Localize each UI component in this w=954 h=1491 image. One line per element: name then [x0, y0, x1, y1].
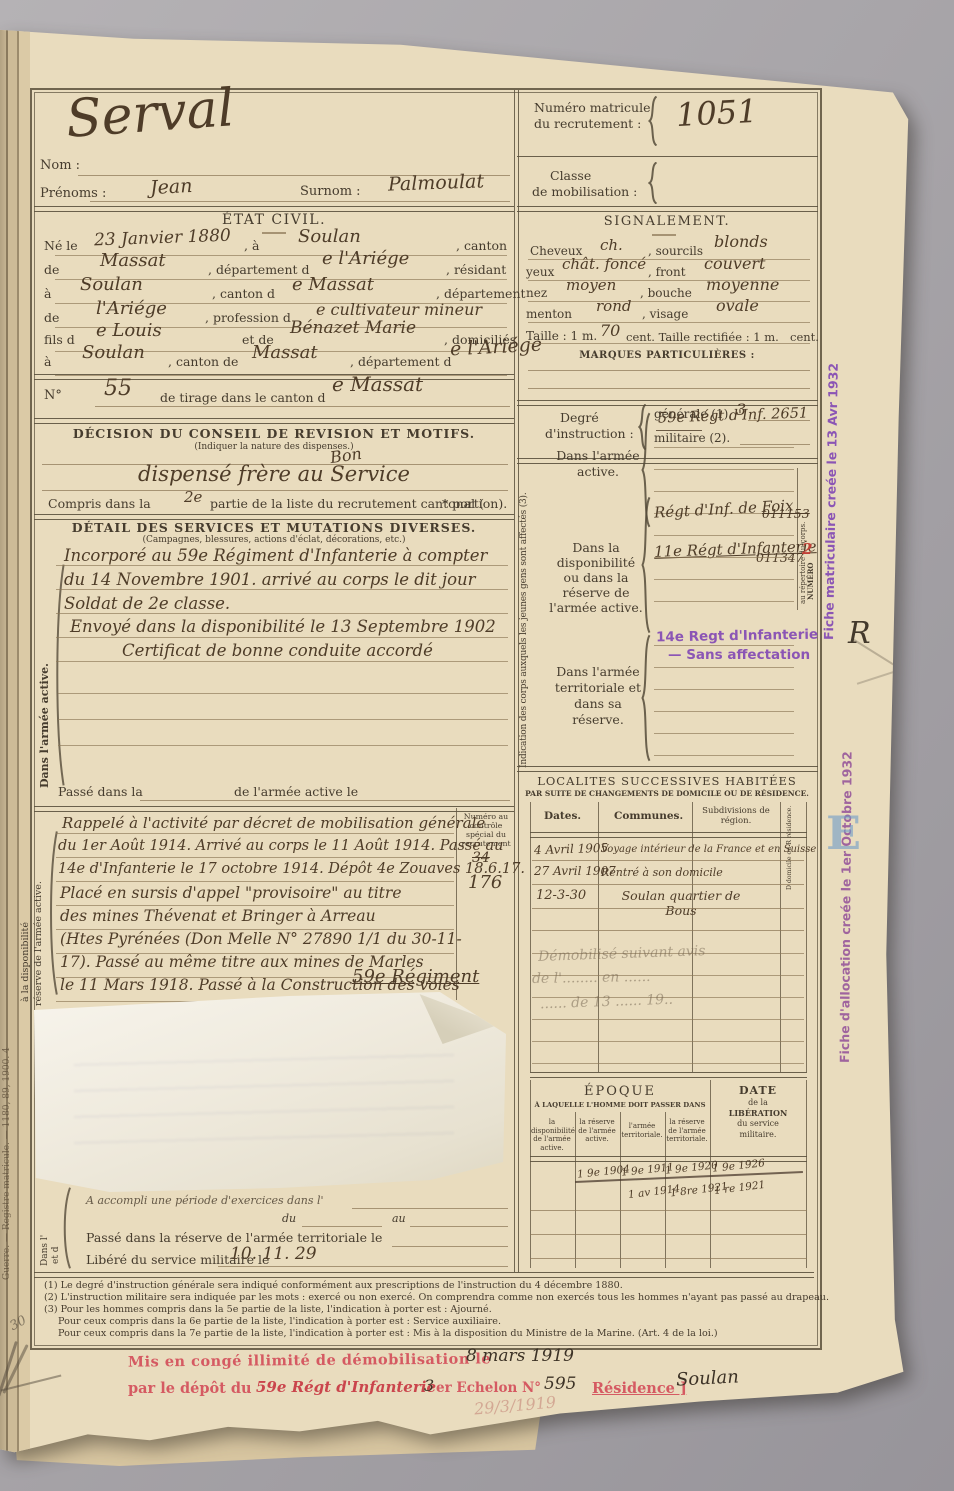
- brace: [648, 96, 658, 146]
- decision-note-2: dispensé frère au Service: [34, 462, 514, 486]
- compris-label: Compris dans la: [48, 496, 151, 511]
- front-label: , front: [648, 265, 686, 279]
- ruled-lines: [654, 514, 794, 606]
- demob-stamp-line1: Mis en congé illimité de démobilisation …: [128, 1350, 491, 1370]
- prenoms-label: Prénoms :: [40, 186, 106, 201]
- localite-note: Rentré à son domicile: [601, 866, 723, 879]
- margin-brace: [62, 1186, 72, 1270]
- corps-vertical-label: Indication des corps auxquels les jeunes…: [519, 446, 529, 768]
- ne-le-label: Né le: [44, 238, 78, 253]
- canton-value: Massat: [100, 250, 166, 271]
- a-label: à: [44, 286, 51, 301]
- blue-pencil-mark: E: [826, 806, 861, 860]
- departement-label: , département d: [350, 354, 452, 369]
- sourcils-value: blonds: [714, 232, 768, 251]
- passe-reserve-label: Passé dans la réserve de l'armée territo…: [86, 1230, 382, 1245]
- compris-value: 2e: [184, 488, 202, 506]
- surnom-label: Surnom :: [300, 184, 361, 199]
- ruled-line: [530, 1234, 807, 1235]
- territoriale-margin-label: Dans l': [40, 1190, 50, 1266]
- col-communes: Communes.: [614, 810, 683, 822]
- box-border: [517, 156, 818, 157]
- pencil-stroke: [853, 639, 896, 667]
- canton-label: , canton d: [212, 286, 275, 301]
- disponibilite-margin-label-2: réserve de l'armée active.: [33, 848, 44, 1006]
- service-entry: Soldat de 2e classe.: [64, 594, 230, 613]
- header-divider: [530, 832, 807, 838]
- pencil-date: 29/3/1919: [473, 1392, 556, 1418]
- fiche-matriculaire-stamp: Fiche matriculaire creée le 13 Avr 1932: [821, 292, 842, 640]
- name-signature: Serval: [64, 78, 236, 150]
- front-value: couvert: [704, 254, 765, 273]
- decision-title: DÉCISION DU CONSEIL DE REVISION ET MOTIF…: [34, 426, 514, 441]
- domicile-place: Soulan: [82, 342, 145, 363]
- binding-strip: [19, 28, 30, 1468]
- sourcils-label: , sourcils: [648, 244, 703, 258]
- father-name: e Louis: [96, 320, 162, 341]
- compris-label-3: * portion).: [442, 496, 507, 511]
- paper-wrap: Guerre. — Registre matricule. — 1180, 89…: [0, 0, 954, 1491]
- brace: [641, 634, 651, 762]
- degre-label: Degré: [560, 410, 599, 425]
- ruled-line: [42, 490, 508, 491]
- taille-value: 70: [600, 321, 620, 340]
- mobilisation-entry: 14e d'Infanterie le 17 octobre 1914. Dép…: [58, 861, 525, 877]
- passe-label: Passé dans la: [58, 784, 143, 799]
- echelon-number: 3: [424, 1376, 434, 1395]
- a-label: , à: [244, 238, 259, 253]
- mobilisation-fragment: 59e Régiment: [352, 966, 479, 987]
- col-subdivisions: Subdivisions de région.: [694, 806, 778, 826]
- degre-label-2: d'instruction :: [545, 426, 634, 441]
- mobilisation-entry: Rappelé à l'activité par décret de mobil…: [62, 814, 485, 832]
- footnote: Pour ceux compris dans la 6e partie de l…: [58, 1316, 501, 1327]
- demob-stamp-line2: par le dépôt du: [128, 1380, 252, 1397]
- localite-date: 12-3-30: [536, 888, 586, 903]
- service-entry: du 14 Novembre 1901. arrivé au corps le …: [64, 570, 476, 589]
- ruled-line: [392, 1246, 508, 1247]
- title-dash: [652, 234, 676, 236]
- classe-label: Classe: [550, 168, 591, 183]
- disponibilite-label: Dans la disponibilité ou dans la réserve…: [548, 540, 644, 615]
- departement-label: , département: [436, 286, 526, 301]
- matricule-label: Numéro matricule: [534, 100, 650, 115]
- ink-showthrough: [74, 1040, 454, 1150]
- echelon-stamp: er Echelon N°: [436, 1380, 541, 1396]
- tirage-label: de tirage dans le canton d: [160, 390, 326, 405]
- demob-numero: 595: [544, 1374, 576, 1394]
- brace: [641, 496, 651, 634]
- epoque-col-header: la réserve de l'armée territoriale.: [666, 1118, 708, 1144]
- nom-label: Nom :: [40, 158, 80, 173]
- menton-value: rond: [596, 297, 631, 315]
- ruled-line: [530, 1258, 807, 1259]
- section-divider: [34, 1272, 814, 1278]
- date-header-5: militaire.: [710, 1130, 806, 1139]
- localite-date: 4 Avril 1905: [534, 841, 609, 858]
- localites-subtitle: PAR SUITE DE CHANGEMENTS DE DOMICILE OU …: [517, 789, 817, 798]
- scanned-military-record: Guerre. — Registre matricule. — 1180, 89…: [0, 0, 954, 1491]
- surnom-value: Palmoulat: [388, 170, 485, 195]
- ruled-line: [218, 1266, 508, 1267]
- profession-label: , profession d: [205, 310, 291, 325]
- fils-de-label: fils d: [44, 332, 75, 347]
- de-label: de: [44, 310, 59, 325]
- ruled-line: [410, 1226, 508, 1227]
- taille-label: Taille : 1 m.: [526, 329, 597, 343]
- tirage-no-label: N°: [44, 388, 62, 403]
- visage-label: , visage: [642, 307, 688, 321]
- left-edge-imprint: Guerre. — Registre matricule. — 1180, 89…: [2, 880, 12, 1280]
- passe-label-2: de l'armée active le: [234, 784, 358, 799]
- section-divider: [34, 418, 514, 424]
- table-border: [530, 802, 531, 1072]
- visage-value: ovale: [716, 296, 759, 315]
- prenoms-value: Jean: [149, 175, 193, 199]
- cheveux-value: ch.: [600, 236, 623, 254]
- ruled-line: [528, 388, 810, 389]
- canton-label: , canton de: [168, 354, 238, 369]
- localites-title: LOCALITES SUCCESSIVES HABITÉES: [517, 774, 817, 788]
- ruled-lines: [654, 624, 794, 760]
- date-header-3: LIBÉRATION: [710, 1108, 806, 1118]
- localite-note: Voyage intérieur de la France et en Suis…: [601, 844, 816, 855]
- tirage-no-value: 55: [104, 376, 132, 401]
- ruled-line: [532, 930, 804, 931]
- footnote: (2) L'instruction militaire sera indiqué…: [44, 1292, 829, 1303]
- section-divider: [517, 206, 818, 212]
- armee-active-margin-label: Dans l'armée active.: [38, 598, 51, 788]
- margin-handwritten-r: R: [848, 616, 871, 651]
- armee-active-label: Dans l'armée active.: [552, 448, 644, 480]
- pencil-stroke: [857, 669, 899, 684]
- mobilisation-entry: Placé en sursis d'appel "provisoire" au …: [60, 884, 402, 902]
- matricule-number: 1051: [675, 92, 758, 134]
- footnote: (3) Pour les hommes compris dans la 5e p…: [44, 1304, 492, 1315]
- profession-value: e cultivateur mineur: [316, 300, 482, 319]
- tirage-canton: e Massat: [332, 372, 423, 396]
- epoque-col-header: la disponibilité de l'armée active.: [531, 1118, 573, 1152]
- epoque-title: ÉPOQUE: [530, 1084, 710, 1099]
- section-divider: [517, 766, 818, 772]
- cent-label: cent.: [790, 330, 819, 344]
- nez-value: moyen: [566, 276, 616, 294]
- decision-subtitle: (Indiquer la nature des dispenses.): [34, 442, 514, 452]
- departement-value: l'Ariége: [96, 298, 167, 319]
- service-entry: Incorporé au 59e Régiment d'Infanterie à…: [64, 546, 487, 565]
- a-label: à: [44, 354, 51, 369]
- service-entry: Envoyé dans la disponibilité le 13 Septe…: [70, 617, 496, 636]
- libere-date: 10. 11. 29: [230, 1244, 317, 1264]
- au-label: au: [392, 1212, 406, 1225]
- red-number-mark: 2: [802, 540, 812, 558]
- nez-label: nez: [526, 286, 547, 300]
- du-label: du: [282, 1212, 296, 1225]
- classe-label-2: de mobilisation :: [532, 184, 637, 199]
- epoque-subtitle: À LAQUELLE L'HOMME DOIT PASSER DANS: [530, 1101, 710, 1109]
- matricule-label-2: du recrutement :: [534, 116, 641, 131]
- menton-label: menton: [526, 307, 572, 321]
- mother-name: Bénazet Marie: [290, 318, 416, 338]
- table-border: [806, 1080, 807, 1268]
- date-header: DATE: [710, 1084, 806, 1097]
- ruled-line: [140, 800, 510, 801]
- demob-date: 8 mars 1919: [466, 1346, 574, 1366]
- bouche-value: moyenne: [706, 275, 779, 294]
- ruled-line: [532, 860, 804, 861]
- epoque-col-header: l'armée territoriale.: [621, 1122, 663, 1139]
- record-sheet: Guerre. — Registre matricule. — 1180, 89…: [0, 0, 954, 1491]
- table-border: [806, 802, 807, 1072]
- yeux-value: chât. foncé: [562, 255, 646, 273]
- marques-label: MARQUES PARTICULIÈRES :: [517, 350, 817, 361]
- residant-label: , résidant: [446, 262, 506, 277]
- disponibilite-margin-label: à la disponibilité: [20, 852, 31, 1002]
- departement-value: e l'Ariége: [322, 248, 409, 269]
- ruled-line: [302, 1226, 382, 1227]
- section-divider: [517, 400, 818, 406]
- services-title: DÉTAIL DES SERVICES ET MUTATIONS DIVERSE…: [34, 520, 514, 535]
- ruled-line: [530, 1210, 807, 1211]
- bouche-label: , bouche: [640, 286, 692, 300]
- pencil-note: de l'........ en ......: [532, 969, 651, 987]
- mobilisation-entry: (Htes Pyrénées (Don Melle N° 27890 1/1 d…: [60, 930, 462, 948]
- residence-value: Soulan: [675, 1366, 739, 1390]
- mobilisation-entry: du 1er Août 1914. Arrivé au corps le 11 …: [58, 838, 504, 854]
- ruled-line: [352, 1208, 508, 1209]
- brace: [648, 162, 658, 204]
- signalement-title: SIGNALEMENT.: [517, 214, 817, 229]
- footnote: Pour ceux compris dans la 7e partie de l…: [58, 1328, 718, 1339]
- canton-label: , canton: [456, 238, 507, 253]
- blank-ruled-lines: [58, 668, 508, 768]
- residence-stamp: Résidence ]: [592, 1380, 687, 1397]
- ruled-line: [95, 406, 510, 407]
- canton-value: e Massat: [292, 274, 374, 295]
- ruled-line: [532, 908, 804, 909]
- localite-note: Soulan quartier de Bous: [606, 888, 756, 918]
- mobilisation-entry: des mines Thévenat et Bringer à Arreau: [60, 907, 376, 925]
- birth-place: Soulan: [298, 226, 361, 247]
- date-header-2: de la: [710, 1098, 806, 1107]
- date-header-4: du service: [710, 1119, 806, 1128]
- epoque-col-header: la réserve de l'armée active.: [576, 1118, 618, 1144]
- territoriale-label: Dans l'armée territoriale et dans sa rés…: [548, 664, 648, 728]
- etat-civil-title: ÉTAT CIVIL.: [34, 212, 514, 228]
- demob-regiment-stamp: 59e Régt d'Infanterie: [256, 1378, 436, 1396]
- footnote: (1) Le degré d'instruction générale sera…: [44, 1280, 623, 1291]
- service-entry: Certificat de bonne conduite accordé: [122, 641, 433, 660]
- ruled-line: [528, 370, 810, 371]
- territoriale-margin-label-2: et d: [51, 1192, 61, 1264]
- col-dates: Dates.: [544, 810, 581, 822]
- canton-value: Massat: [252, 342, 318, 363]
- ruled-line: [90, 201, 510, 202]
- residence-value: Soulan: [80, 274, 143, 295]
- ruled-line: [532, 884, 804, 885]
- folded-paper-overlay: [34, 992, 506, 1192]
- accompli-label: A accompli une période d'exercices dans …: [86, 1194, 324, 1207]
- de-label: de: [44, 262, 59, 277]
- table-bottom: [530, 1072, 807, 1078]
- yeux-label: yeux: [526, 265, 554, 279]
- taille-rectifiee-label: cent. Taille rectifiée : 1 m.: [626, 330, 779, 344]
